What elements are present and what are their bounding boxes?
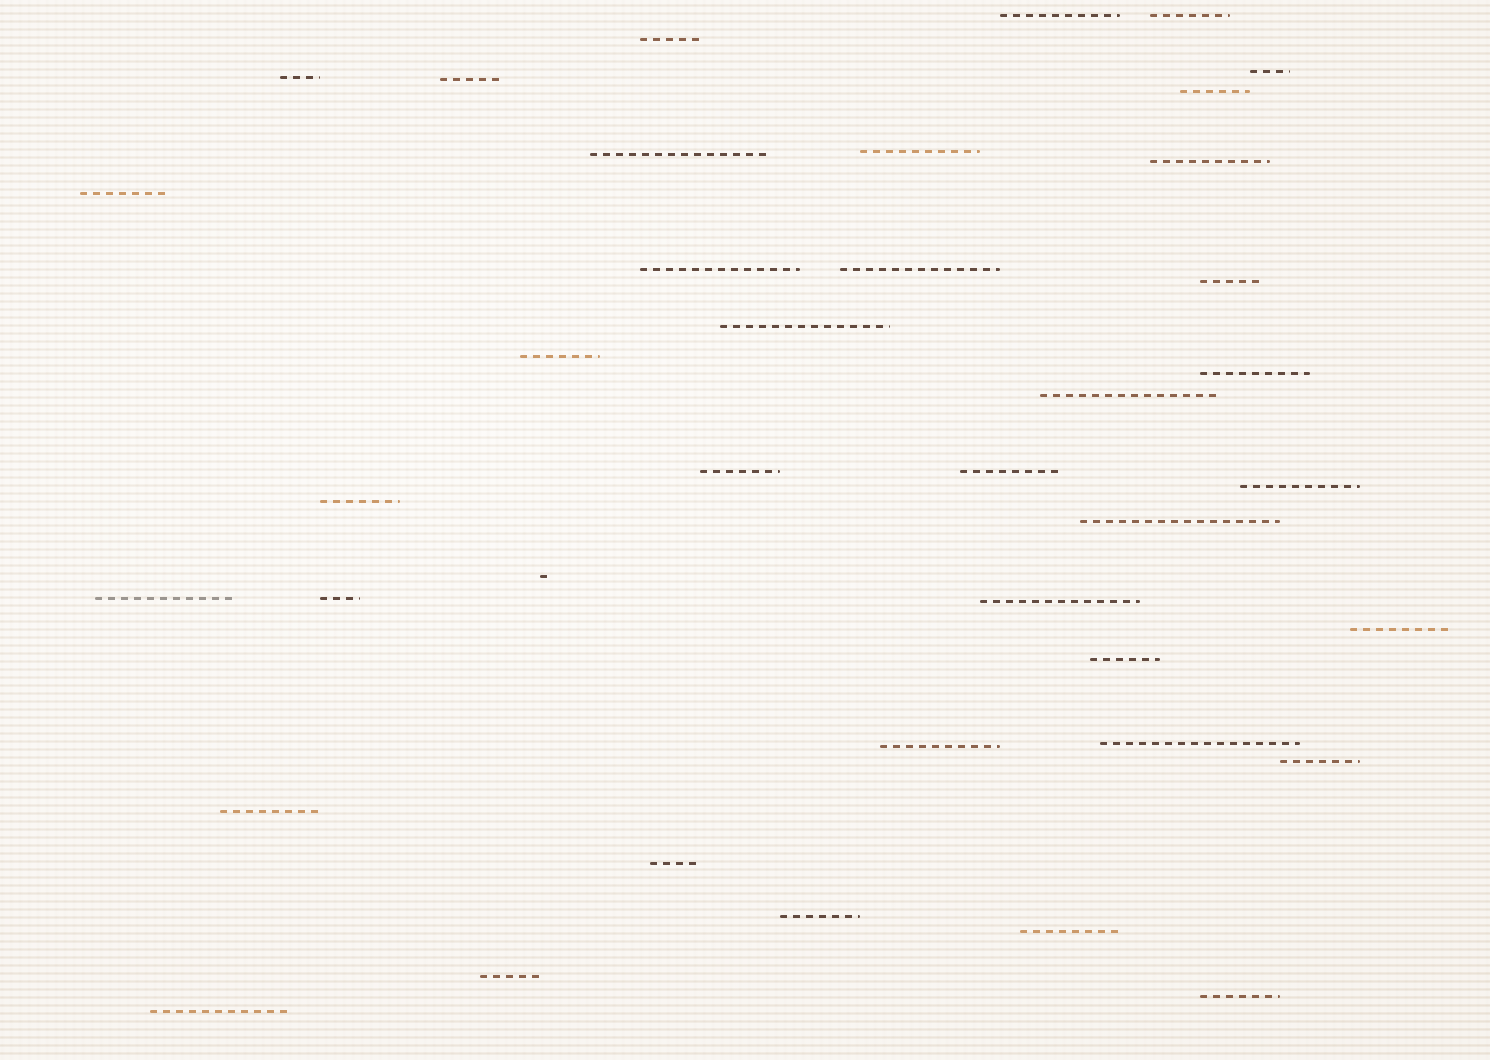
fabric-fleck [1280,760,1360,763]
fabric-fleck [960,470,1060,473]
fabric-fleck [880,745,1000,748]
fabric-texture-photo [0,0,1490,1060]
fabric-fleck [1240,485,1360,488]
fabric-fleck [1080,520,1280,523]
fabric-fleck [440,78,500,81]
fabric-fleck [320,500,400,503]
fabric-fleck [640,38,700,41]
fabric-fleck [95,597,235,600]
fabric-fleck [1150,160,1270,163]
fabric-fleck [640,268,800,271]
fabric-fleck [650,862,700,865]
fabric-fleck [700,470,780,473]
fabric-fleck [540,575,552,578]
fabric-fleck [1000,14,1120,17]
fabric-fleck [280,76,320,79]
fabric-fleck [980,600,1140,603]
fabric-fleck [480,975,540,978]
fabric-fleck [1100,742,1300,745]
fabric-fleck [320,597,360,600]
fabric-fleck [1090,658,1160,661]
fabric-fleck [1200,372,1310,375]
fabric-fleck [780,915,860,918]
fabric-fleck [150,1010,290,1013]
fabric-fleck [1020,930,1120,933]
fabric-fleck [520,355,600,358]
fabric-fleck [80,192,170,195]
fabric-fleck [1250,70,1290,73]
fabric-fleck [1350,628,1450,631]
fabric-flecks [0,0,1490,1060]
fabric-fleck [1200,995,1280,998]
fabric-fleck [720,325,890,328]
fabric-fleck [1040,394,1220,397]
fabric-fleck [1150,14,1230,17]
fabric-fleck [1200,280,1260,283]
fabric-fleck [220,810,320,813]
fabric-fleck [840,268,1000,271]
fabric-fleck [860,150,980,153]
fabric-fleck [1180,90,1250,93]
fabric-fleck [590,153,770,156]
